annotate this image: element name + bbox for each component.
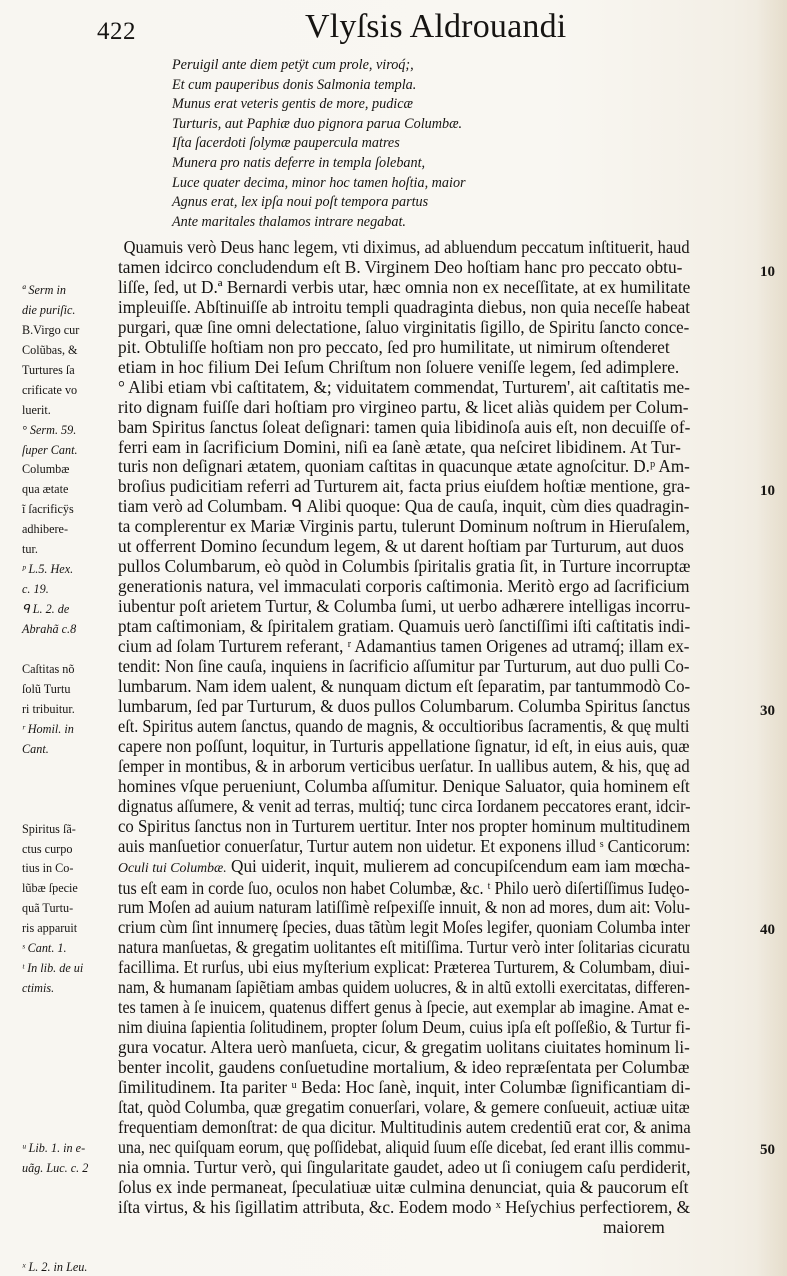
margin-note: ris apparuit (22, 919, 77, 939)
body-line: Quamuis verò Deus hanc legem, vti diximu… (118, 238, 661, 258)
body-line: natura manſuetas, & gregatim uolitantes … (118, 938, 650, 958)
margin-note: Spiritus ſã- (22, 820, 76, 840)
body-line: dignatus aſſumere, & venit ad terras, mu… (118, 797, 654, 817)
body-line: ° Alibi etiam vbi caſtitatem, &; viduita… (118, 378, 688, 398)
body-line: nia omnia. Turtur verò, qui ſingularitat… (118, 1158, 683, 1178)
body-line: iubentur poſt arietem Turtur, & Columba … (118, 597, 683, 617)
body-text: Quamuis verò Deus hanc legem, vti diximu… (118, 238, 693, 1238)
body-line: ptam caſtimoniam, & ſpiritalem gratiam. … (118, 617, 681, 637)
line-number: 40 (760, 922, 775, 939)
margin-note: lũbæ ſpecie (22, 879, 78, 899)
margin-note: ° Serm. 59. (22, 421, 76, 441)
margin-note: crificate vo (22, 381, 77, 401)
margin-note: die puriſic. (22, 301, 75, 321)
margin-note: ᵘ Lib. 1. in e- (22, 1139, 85, 1159)
body-line: ta complerentur ex Mariæ Virginis partu,… (118, 517, 683, 537)
margin-note: ſolũ Turtu (22, 680, 70, 700)
margin-note: ctus curpo (22, 840, 72, 860)
body-line: benter incolit, gaudens conſuetudine mor… (118, 1058, 690, 1078)
margin-note: ᵗ In lib. de ui (22, 959, 83, 979)
body-line: nim diuina ſapientia ſolitudinem, propte… (118, 1018, 645, 1038)
body-line: Oculi tui Columbæ. Qui uiderit, inquit, … (118, 857, 686, 879)
body-line: co Spiritus ſanctus non in Turturem uert… (118, 817, 672, 837)
body-line: pit. Obtuliſſe hoſtiam non pro peccato, … (118, 338, 690, 358)
margin-note: ˣ L. 2. in Leu. (22, 1258, 87, 1276)
margin-note: tur. (22, 540, 38, 560)
margin-note: Abrahã c.8 (22, 620, 76, 640)
body-line: broſius pudicitiam referri ad Turturem a… (118, 477, 683, 497)
body-line: frequentiam demonſtrat: de qua dicitur. … (118, 1118, 664, 1138)
verse-line: Ante maritales thalamos intrare negabat. (172, 213, 466, 233)
body-line: capere non poſſunt, loquitur, in Turturi… (118, 737, 675, 757)
margin-note: Colũbas, & (22, 341, 78, 361)
body-line: bam Spiritus ſanctus ſoleat deſignari: t… (118, 418, 684, 438)
body-line: tamen idcirco concludendum eſt B. Virgin… (118, 258, 690, 278)
line-number: 30 (760, 703, 775, 720)
margin-note: quã Turtu- (22, 899, 73, 919)
verse-line: Agnus erat, lex ipſa noui poſt tempora p… (172, 193, 466, 213)
margin-note: Turtures ſa (22, 361, 75, 381)
body-line: purgari, quæ ſine omni delectatione, ſal… (118, 318, 675, 338)
body-line: ſtat, quòd Columba, quæ gregatim conuerſ… (118, 1098, 666, 1118)
line-number: 50 (760, 1142, 775, 1159)
margin-note: Columbæ (22, 460, 69, 480)
body-line: ut offerrent Domino ſecundum legem, & ut… (118, 537, 690, 557)
margin-note: luerit. (22, 401, 51, 421)
margin-note: ʳ Homil. in (22, 720, 74, 740)
margin-note: Cant. (22, 740, 49, 760)
book-page: 422 Vlyſsis Aldrouandi Peruigil ante die… (0, 0, 787, 1276)
margin-note: B.Virgo cur (22, 321, 79, 341)
body-line: facillima. Et rurſus, ubi eius myſterium… (118, 958, 653, 978)
margin-note: adhibere- (22, 520, 68, 540)
body-line: rum Moſen ad auium naturam latiſſimè reſ… (118, 898, 654, 918)
body-line: etiam in hoc filium Dei Ieſum Chriſtum n… (118, 358, 690, 378)
margin-note: ĩ ſacrificÿs (22, 500, 74, 520)
line-number: 10 (760, 264, 775, 281)
margin-note: c. 19. (22, 580, 49, 600)
italic-quote: Oculi tui Columbæ. (118, 861, 227, 876)
margin-note: ᑫ L. 2. de (22, 600, 69, 620)
verse-quotation: Peruigil ante diem petÿt cum prole, viro… (172, 56, 466, 232)
body-line: maiorem (118, 1218, 693, 1238)
body-line: liſſe, ſed, ut D.ª Bernardi verbis utar,… (118, 278, 689, 298)
body-line: cium ad ſolam Turturem referant, ʳ Adama… (118, 637, 678, 657)
body-line: lumbarum, ſed par Turturum, & duos pullo… (118, 697, 680, 717)
body-line: homines vſque perueniunt, Columba aſſumi… (118, 777, 685, 797)
body-line: turis non deſignari ætatem, quoniam caſt… (118, 457, 681, 477)
body-line: tendit: Non ſine cauſa, inquiens in ſacr… (118, 657, 671, 677)
verse-line: Munus erat veteris gentis de more, pudic… (172, 95, 466, 115)
verse-line: Turturis, aut Paphiæ duo pignora parua C… (172, 115, 466, 135)
margin-note: ᵖ L.5. Hex. (22, 560, 73, 580)
margin-note: ſuper Cant. (22, 441, 78, 461)
body-line: gura vocatur. Altera uerò manſueta, cicu… (118, 1038, 680, 1058)
margin-note: ª Serm in (22, 281, 66, 301)
body-line: generationis natura, vel immaculati corp… (118, 577, 688, 597)
running-title: Vlyſsis Aldrouandi (305, 8, 566, 46)
margin-note: ri tribuitur. (22, 700, 75, 720)
page-edge-shadow (757, 0, 787, 1276)
line-number: 10 (760, 483, 775, 500)
verse-line: Luce quater decima, minor hoc tamen hoſt… (172, 174, 466, 194)
body-line: eſt. Spiritus autem ſanctus, quando de m… (118, 717, 656, 737)
body-line: auis manſuetior conuerſatur, Turtur aute… (118, 837, 664, 857)
margin-note: ˢ Cant. 1. (22, 939, 67, 959)
margin-note: tius in Co- (22, 859, 73, 879)
verse-line: Munera pro natis deferre in templa ſoleb… (172, 154, 466, 174)
body-line: iſta virtus, & his ſigillatim attributa,… (118, 1198, 690, 1218)
body-line: crium cùm ſint innumerę ſpecies, duas tã… (118, 918, 652, 938)
body-line: tus eſt eam in corde ſuo, oculos non hab… (118, 879, 649, 899)
body-line: rito dignam fuiſſe dari hoſtiam pro virg… (118, 398, 690, 418)
body-line: ferri eam in ſacrificium Domini, niſi ea… (118, 438, 690, 458)
body-line: tes tamen à ſe inuicem, quatenus differt… (118, 998, 648, 1018)
margin-note: qua ætate (22, 480, 68, 500)
margin-note: uãg. Luc. c. 2 (22, 1159, 88, 1179)
page-number: 422 (97, 18, 136, 46)
body-line: ſolus ex inde permaneat, ſpeculatiuæ uit… (118, 1178, 690, 1198)
body-line: nam, & humanam ſapiẽtiam ambas quidem uo… (118, 978, 640, 998)
margin-note: ctimis. (22, 979, 54, 999)
body-line: ſemper in montibus, & in arborum vertici… (118, 757, 666, 777)
body-line: lumbarum. Nam idem ualent, & nunquam dic… (118, 677, 676, 697)
verse-line: Peruigil ante diem petÿt cum prole, viro… (172, 56, 466, 76)
body-line: tiam verò ad Columbam. ᑫ Alibi quoque: Q… (118, 497, 681, 517)
verse-line: Iſta ſacerdoti ſolymæ paupercula matres (172, 134, 466, 154)
verse-line: Et cum pauperibus donis Salmonia templa. (172, 76, 466, 96)
body-line: pullos Columbarum, eò quòd in Columbis ſ… (118, 557, 690, 577)
body-line: ſimilitudinem. Ita pariter ᵘ Beda: Hoc ſ… (118, 1078, 685, 1098)
body-line: impleuiſſe. Abſtinuiſſe ab introitu temp… (118, 298, 678, 318)
margin-note: Caſtitas nõ (22, 660, 74, 680)
body-line: una, nec quiſquam eorum, quę poſſidebat,… (118, 1138, 642, 1158)
